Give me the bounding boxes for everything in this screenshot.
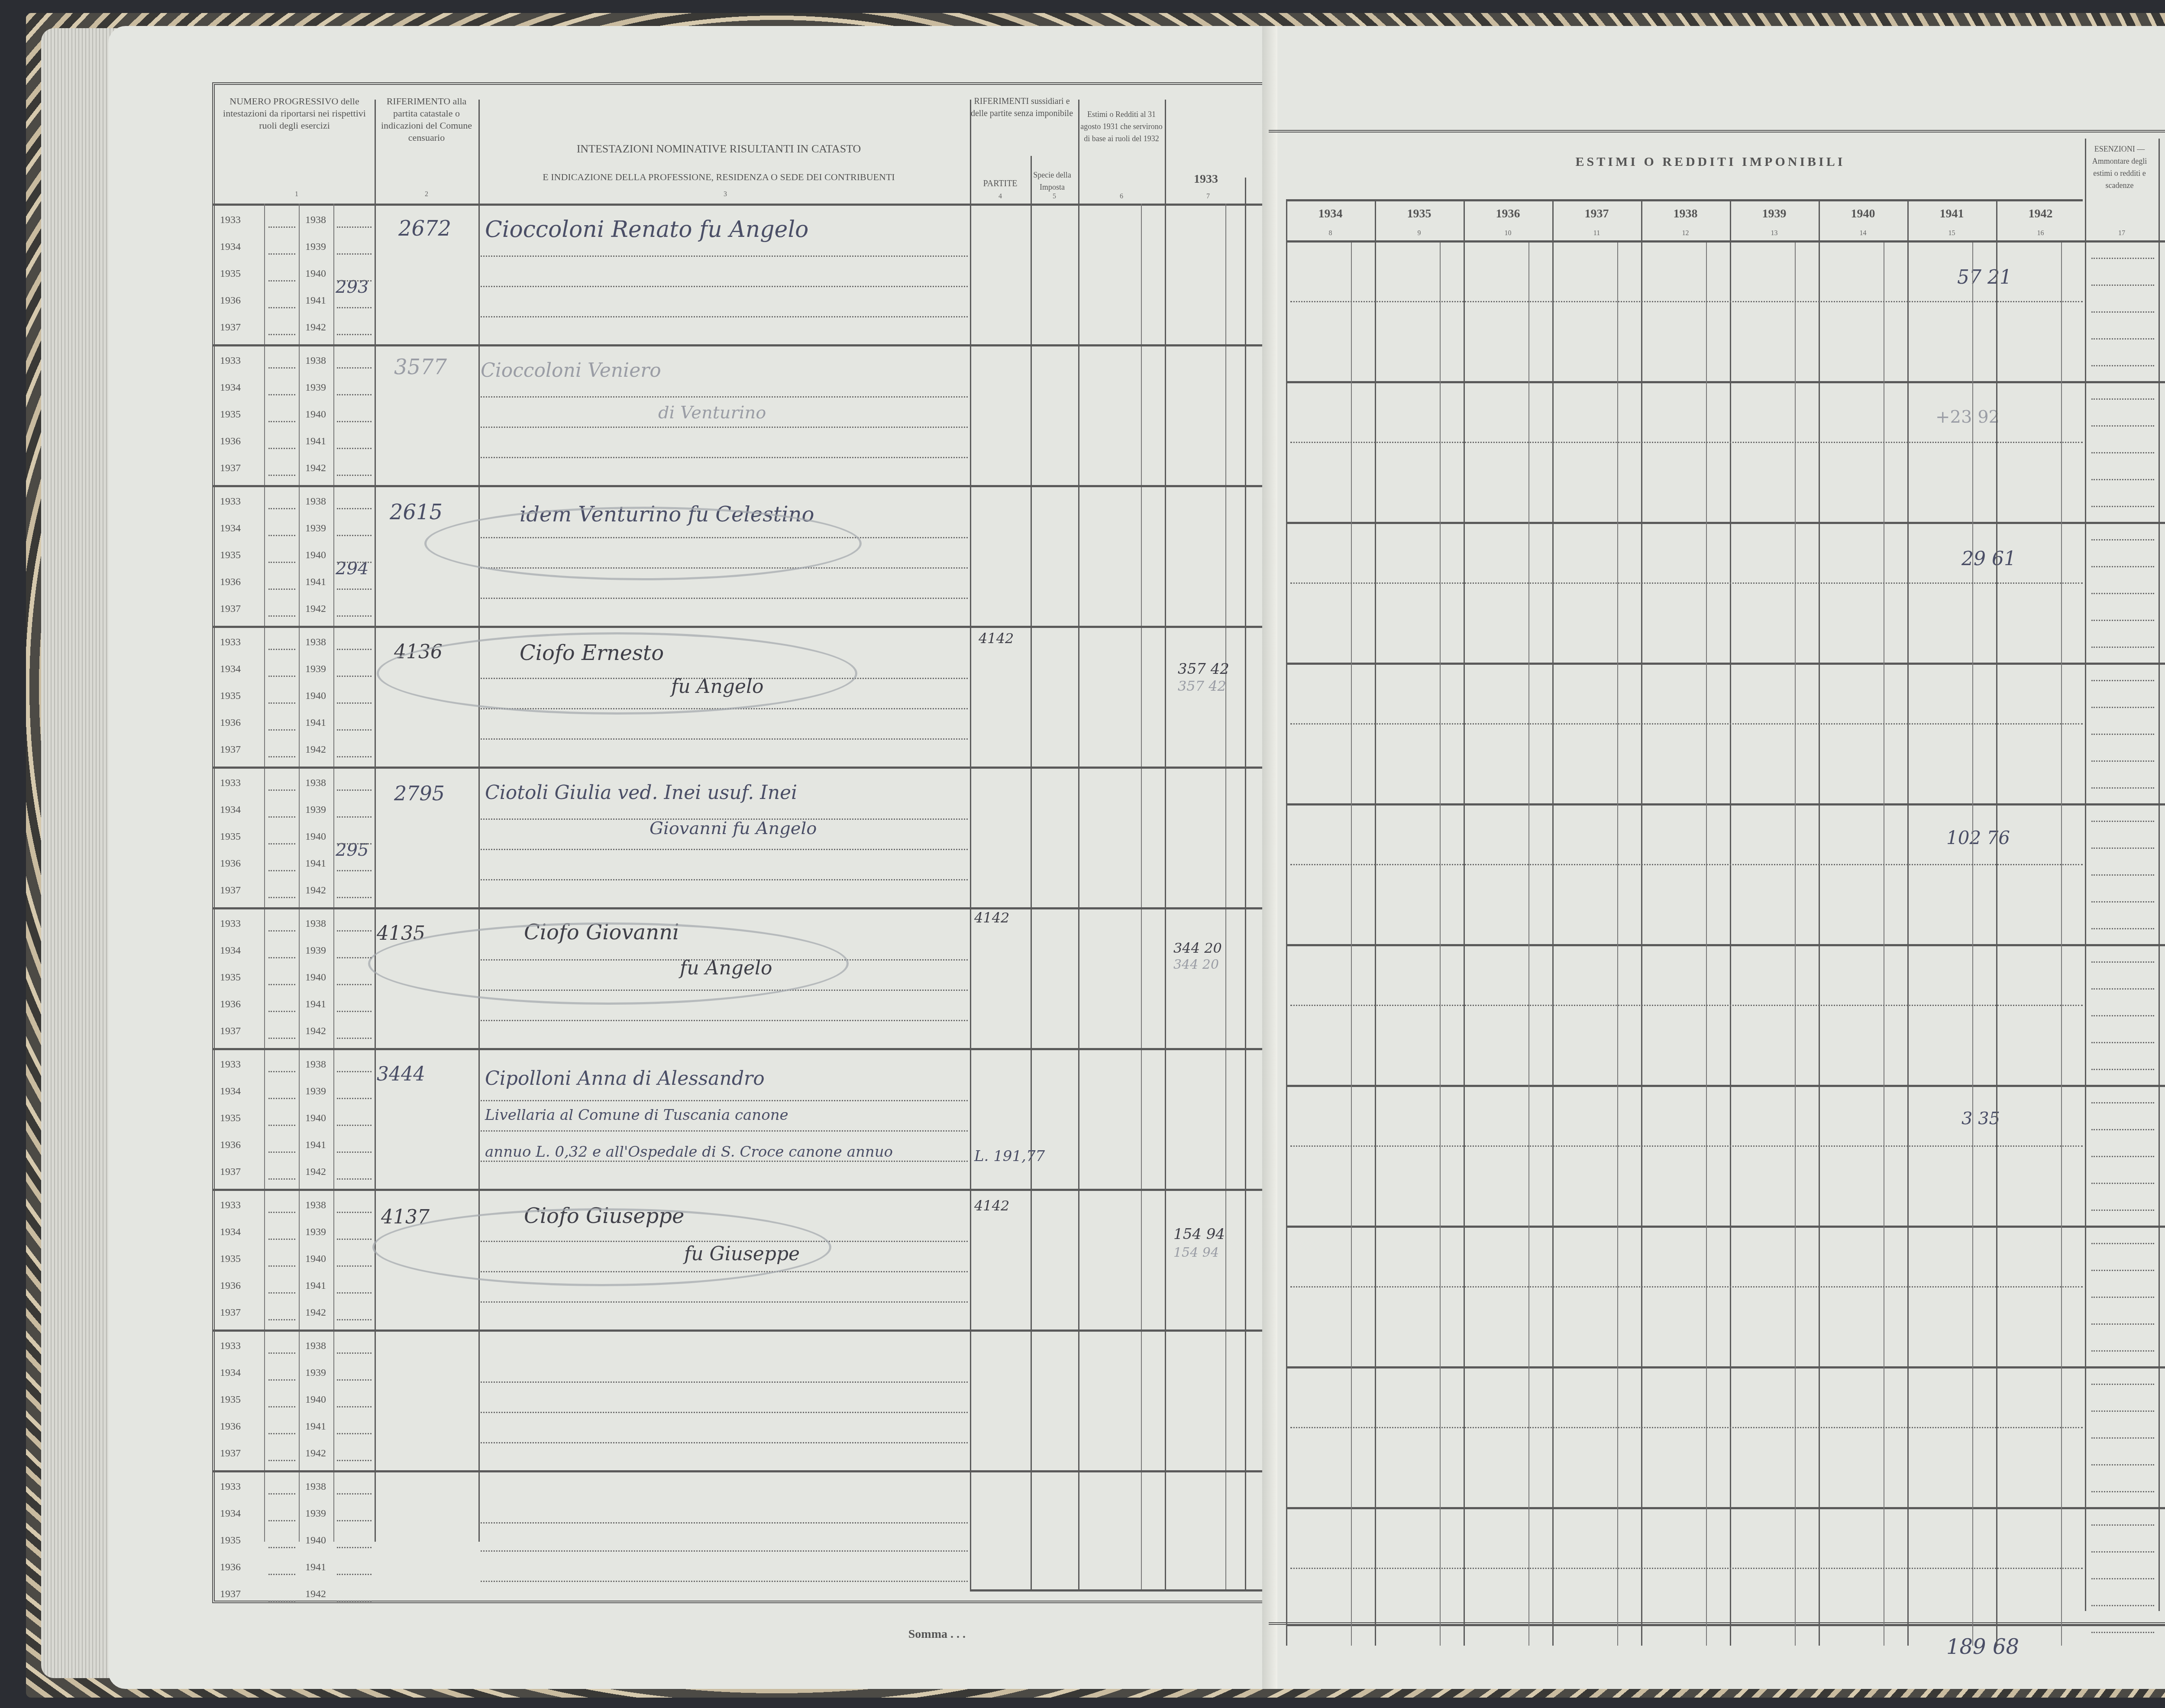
dotted-rule xyxy=(268,1493,295,1494)
year-column-header: 1939 xyxy=(1730,208,1819,220)
dotted-rule xyxy=(268,1071,295,1072)
dotted-rule xyxy=(2091,1042,2154,1043)
row-group-divider xyxy=(1286,1226,2165,1228)
dotted-rule xyxy=(481,427,968,428)
cents-divider xyxy=(1884,243,1884,1646)
year-label: 1933 xyxy=(220,214,241,226)
dotted-rule xyxy=(2091,1156,2154,1157)
dotted-rule xyxy=(337,253,372,255)
column-number: 14 xyxy=(1819,230,1907,237)
dotted-rule xyxy=(2091,479,2154,480)
year-label: 1940 xyxy=(305,1535,326,1546)
dotted-rule xyxy=(337,984,372,985)
dotted-rule xyxy=(337,535,372,536)
dotted-rule xyxy=(481,1442,968,1443)
year-label: 1936 xyxy=(220,717,241,729)
left-register-table xyxy=(212,82,1367,1603)
col-divider xyxy=(1730,199,1731,1646)
dotted-rule xyxy=(481,1550,968,1552)
dotted-rule xyxy=(2091,1183,2154,1184)
dotted-rule xyxy=(337,1265,372,1267)
dotted-rule xyxy=(337,508,372,509)
dotted-rule xyxy=(337,1125,372,1126)
dotted-rule xyxy=(268,535,295,536)
year-label: 1940 xyxy=(305,409,326,421)
entry-7-partita: 3444 xyxy=(377,1063,425,1085)
dotted-rule xyxy=(2091,760,2154,762)
dotted-rule xyxy=(337,1601,372,1602)
dotted-rule xyxy=(268,334,295,335)
dotted-rule xyxy=(268,1292,295,1294)
dotted-rule xyxy=(2091,1524,2154,1526)
cents-divider xyxy=(2061,243,2062,1646)
year-label: 1938 xyxy=(305,1340,326,1352)
year-label: 1936 xyxy=(220,1562,241,1573)
entry-7-name: Cipolloni Anna di Alessandro xyxy=(485,1067,765,1090)
dotted-rule xyxy=(268,1460,295,1461)
column-number: 18 xyxy=(2161,230,2165,237)
dotted-rule xyxy=(268,1265,295,1267)
dotted-rule xyxy=(337,421,372,422)
year-label: 1940 xyxy=(305,972,326,983)
dotted-rule xyxy=(2091,1210,2154,1211)
year-label: 1941 xyxy=(305,717,326,729)
year-label: 1937 xyxy=(220,1588,241,1600)
entry-6-col7: 344 20 xyxy=(1173,940,1222,956)
dotted-rule xyxy=(268,1239,295,1240)
col-divider xyxy=(333,204,334,1542)
dotted-rule xyxy=(337,562,372,563)
dotted-rule xyxy=(2091,1437,2154,1439)
year-label: 1935 xyxy=(220,1394,241,1406)
dotted-rule xyxy=(337,1152,372,1153)
dotted-rule xyxy=(2091,928,2154,929)
col-divider xyxy=(2085,139,2086,1611)
year-label: 1939 xyxy=(305,1086,326,1097)
year-label: 1942 xyxy=(305,1588,326,1600)
year-label: 1934 xyxy=(220,1226,241,1238)
dotted-rule xyxy=(268,676,295,677)
year-label: 1942 xyxy=(305,885,326,896)
entry-4-col4: 4142 xyxy=(979,630,1014,647)
dotted-rule xyxy=(2091,1464,2154,1465)
year-label: 1935 xyxy=(220,972,241,983)
col-divider xyxy=(264,204,265,1542)
header-esenzioni: ESENZIONI — Ammontare degli estimi o red… xyxy=(2087,143,2152,191)
year-label: 1933 xyxy=(220,1481,241,1493)
dotted-rule xyxy=(337,1178,372,1180)
strike-through-mark xyxy=(424,507,862,580)
cents-divider xyxy=(1795,243,1796,1646)
column-number: 17 xyxy=(2087,230,2156,237)
header-estimi-redditi: ESTIMI O REDDITI IMPONIBILI xyxy=(1429,156,1992,168)
dotted-rule xyxy=(2091,1491,2154,1492)
column-number: 5 xyxy=(1048,193,1061,201)
dotted-rule xyxy=(268,756,295,757)
dotted-rule xyxy=(268,897,295,898)
year-label: 1934 xyxy=(220,663,241,675)
year-label: 1941 xyxy=(305,858,326,870)
year-label: 1934 xyxy=(220,1508,241,1520)
dotted-rule xyxy=(2091,285,2154,286)
dotted-rule xyxy=(268,729,295,731)
year-label: 1934 xyxy=(220,804,241,816)
year-label: 1941 xyxy=(305,1562,326,1573)
dotted-rule xyxy=(481,286,968,287)
dotted-rule xyxy=(337,676,372,677)
dotted-rule xyxy=(2091,1350,2154,1352)
year-label: 1937 xyxy=(220,603,241,615)
year-label: 1936 xyxy=(220,295,241,307)
dotted-rule xyxy=(337,448,372,449)
dotted-rule xyxy=(337,843,372,844)
year-label: 1936 xyxy=(220,858,241,870)
col-divider xyxy=(970,100,971,1589)
dotted-rule xyxy=(337,1520,372,1521)
year-label: 1942 xyxy=(305,744,326,756)
dotted-rule xyxy=(337,789,372,791)
dotted-rule xyxy=(1290,1145,2083,1147)
dotted-rule xyxy=(1290,301,2083,302)
dotted-rule xyxy=(337,756,372,757)
cents-divider xyxy=(1972,243,1973,1646)
column-number: 10 xyxy=(1464,230,1552,237)
amount-1941-row5: 102 76 xyxy=(1946,827,2010,848)
dotted-rule xyxy=(2091,1015,2154,1016)
dotted-rule xyxy=(268,649,295,650)
dotted-rule xyxy=(268,1601,295,1602)
entry-8-col7: 154 94 xyxy=(1173,1226,1225,1243)
dotted-rule xyxy=(481,879,968,880)
year-label: 1942 xyxy=(305,603,326,615)
dotted-rule xyxy=(268,702,295,704)
year-label: 1935 xyxy=(220,690,241,702)
year-label: 1939 xyxy=(305,523,326,534)
col-divider xyxy=(478,100,480,1542)
dotted-rule xyxy=(2091,1578,2154,1579)
dotted-rule xyxy=(337,957,372,958)
column-number: 16 xyxy=(1996,230,2085,237)
header-year-1933: 1933 xyxy=(1169,173,1243,185)
dotted-rule xyxy=(2091,566,2154,567)
dotted-rule xyxy=(337,589,372,590)
entry-2-name: Cioccoloni Veniero xyxy=(481,359,661,382)
dotted-rule xyxy=(2091,1270,2154,1271)
dotted-rule xyxy=(268,1547,295,1548)
dotted-rule xyxy=(481,738,968,740)
year-label: 1940 xyxy=(305,1113,326,1124)
dotted-rule xyxy=(337,816,372,818)
amount-1941-row3: 29 61 xyxy=(1961,548,2016,570)
dotted-rule xyxy=(2091,1605,2154,1606)
year-label: 1938 xyxy=(305,1059,326,1071)
somma-divider xyxy=(970,1589,1269,1592)
dotted-rule xyxy=(2091,539,2154,540)
header-riferimenti-sussidiari: RIFERIMENTI sussidiari e delle partite s… xyxy=(970,95,1074,120)
year-column-header: 1940 xyxy=(1819,208,1907,220)
row-group-divider xyxy=(212,767,1277,769)
row-group-divider xyxy=(1286,1507,2165,1509)
dotted-rule xyxy=(268,816,295,818)
header-divider xyxy=(1286,240,2165,243)
dotted-rule xyxy=(337,897,372,898)
dotted-rule xyxy=(337,615,372,617)
row-group-divider xyxy=(1286,663,2165,665)
year-label: 1935 xyxy=(220,831,241,843)
dotted-rule xyxy=(2091,734,2154,735)
col-divider xyxy=(1031,156,1032,1589)
dotted-rule xyxy=(2091,787,2154,789)
year-label: 1937 xyxy=(220,1448,241,1459)
dotted-rule xyxy=(1290,442,2083,443)
dotted-rule xyxy=(1290,1568,2083,1569)
year-label: 1937 xyxy=(220,1025,241,1037)
year-label: 1933 xyxy=(220,1059,241,1071)
year-label: 1942 xyxy=(305,1307,326,1319)
row-group-divider xyxy=(212,1189,1277,1191)
column-number: 2 xyxy=(420,191,433,198)
entry-2-partita: 3577 xyxy=(394,355,447,379)
year-label: 1938 xyxy=(305,637,326,648)
dotted-rule xyxy=(337,1098,372,1099)
dotted-rule xyxy=(2091,1323,2154,1325)
dotted-rule xyxy=(2091,680,2154,681)
dotted-rule xyxy=(2091,1551,2154,1553)
dotted-rule xyxy=(268,1520,295,1521)
entry-5-partita: 2795 xyxy=(394,782,445,805)
year-label: 1940 xyxy=(305,1253,326,1265)
somma-label: Somma . . . xyxy=(823,1628,966,1640)
amount-1941-row7: 3 35 xyxy=(1961,1109,2000,1129)
row-group-divider xyxy=(212,485,1277,487)
year-column-header: 1934 xyxy=(1286,208,1375,220)
column-number: 7 xyxy=(1202,193,1215,201)
year-header-top-rule xyxy=(1286,199,2083,201)
column-number: 3 xyxy=(719,191,732,198)
column-number: 11 xyxy=(1552,230,1641,237)
dotted-rule xyxy=(337,334,372,335)
year-label: 1940 xyxy=(305,1394,326,1406)
year-label: 1941 xyxy=(305,1280,326,1292)
year-label: 1938 xyxy=(305,918,326,930)
col-divider xyxy=(1165,100,1166,1589)
dotted-rule xyxy=(337,1011,372,1012)
column-number: 9 xyxy=(1375,230,1464,237)
column-number: 1 xyxy=(290,191,303,198)
year-label: 1939 xyxy=(305,804,326,816)
dotted-rule xyxy=(2091,258,2154,259)
year-label: 1937 xyxy=(220,1166,241,1178)
row-group-divider xyxy=(212,907,1277,909)
dotted-rule xyxy=(268,957,295,958)
dotted-rule xyxy=(2091,398,2154,400)
year-label: 1938 xyxy=(305,355,326,367)
col-divider xyxy=(1907,199,1909,1646)
dotted-rule xyxy=(1290,582,2083,584)
dotted-rule xyxy=(268,615,295,617)
dotted-rule xyxy=(337,1038,372,1039)
year-column-header: 1936 xyxy=(1464,208,1552,220)
cents-divider xyxy=(1528,243,1529,1646)
col-divider xyxy=(1819,199,1820,1646)
dotted-rule xyxy=(337,226,372,228)
year-label: 1936 xyxy=(220,436,241,447)
entry-1-partita: 2672 xyxy=(398,217,451,241)
dotted-rule xyxy=(337,870,372,871)
year-label: 1941 xyxy=(305,295,326,307)
col-divider xyxy=(1225,204,1226,1589)
header-numero-progressivo: NUMERO PROGRESSIVO delle intestazioni da… xyxy=(216,95,372,132)
cents-divider xyxy=(1617,243,1618,1646)
dotted-rule xyxy=(481,256,968,257)
row-group-divider xyxy=(1286,944,2165,946)
dotted-rule xyxy=(2091,988,2154,990)
dotted-rule xyxy=(1290,864,2083,865)
year-label: 1933 xyxy=(220,637,241,648)
year-label: 1937 xyxy=(220,885,241,896)
dotted-rule xyxy=(481,1412,968,1413)
year-column-header: 1937 xyxy=(1552,208,1641,220)
row-group-divider xyxy=(1286,522,2165,524)
col-divider xyxy=(1641,199,1642,1646)
header-intestazioni-sub: E INDICAZIONE DELLA PROFESSIONE, RESIDEN… xyxy=(481,171,957,183)
header-intestazioni: INTESTAZIONI NOMINATIVE RISULTANTI IN CA… xyxy=(481,143,957,155)
year-label: 1934 xyxy=(220,1086,241,1097)
dotted-rule xyxy=(268,789,295,791)
dotted-rule xyxy=(268,367,295,369)
year-label: 1942 xyxy=(305,322,326,333)
dotted-rule xyxy=(481,1020,968,1021)
dotted-rule xyxy=(268,562,295,563)
column-number: 15 xyxy=(1907,230,1996,237)
dotted-rule xyxy=(2091,1102,2154,1103)
dotted-rule xyxy=(337,702,372,704)
year-column-header: 1942 xyxy=(1996,208,2085,220)
dotted-rule xyxy=(481,1161,968,1162)
year-label: 1940 xyxy=(305,268,326,280)
header-partite: PARTITE xyxy=(970,178,1031,190)
dotted-rule xyxy=(2091,1632,2154,1633)
dotted-rule xyxy=(337,280,372,281)
year-label: 1938 xyxy=(305,777,326,789)
dotted-rule xyxy=(2091,901,2154,903)
header-estimi-1931: Estimi o Redditi al 31 agosto 1931 che s… xyxy=(1078,108,1165,145)
dotted-rule xyxy=(337,1460,372,1461)
col-divider xyxy=(375,100,376,1542)
dotted-rule xyxy=(337,475,372,476)
col-divider xyxy=(1141,204,1142,1589)
dotted-rule xyxy=(337,307,372,308)
dotted-rule xyxy=(481,849,968,850)
dotted-rule xyxy=(481,1522,968,1524)
entry-6-col7-pencil: 344 20 xyxy=(1173,957,1219,972)
year-label: 1940 xyxy=(305,831,326,843)
dotted-rule xyxy=(337,1379,372,1381)
col-divider xyxy=(1245,178,1246,1589)
dotted-rule xyxy=(2091,506,2154,507)
dotted-rule xyxy=(337,394,372,395)
dotted-rule xyxy=(1290,723,2083,725)
dotted-rule xyxy=(2091,1297,2154,1298)
year-label: 1941 xyxy=(305,436,326,447)
col-divider xyxy=(1464,199,1465,1646)
somma-divider xyxy=(1286,1624,2165,1626)
cents-divider xyxy=(1351,243,1352,1646)
col-divider xyxy=(2159,139,2160,1611)
dotted-rule xyxy=(1290,1005,2083,1006)
dotted-rule xyxy=(337,1071,372,1072)
header-divider xyxy=(212,204,1277,206)
row-group-divider xyxy=(1286,1085,2165,1087)
dotted-rule xyxy=(268,1574,295,1575)
dotted-rule xyxy=(268,1178,295,1180)
entry-8-col7-pencil: 154 94 xyxy=(1173,1245,1219,1260)
dotted-rule xyxy=(268,421,295,422)
year-label: 1941 xyxy=(305,1421,326,1433)
year-label: 1933 xyxy=(220,355,241,367)
year-label: 1942 xyxy=(305,1448,326,1459)
dotted-rule xyxy=(268,1098,295,1099)
dotted-rule xyxy=(268,589,295,590)
year-label: 1937 xyxy=(220,322,241,333)
dotted-rule xyxy=(268,870,295,871)
col-divider xyxy=(299,204,300,1542)
dotted-rule xyxy=(481,1100,968,1101)
col-divider xyxy=(1375,199,1376,1646)
entry-3-partita: 2615 xyxy=(390,500,443,524)
dotted-rule xyxy=(2091,1243,2154,1244)
column-number: 4 xyxy=(994,193,1007,201)
amount-1941-row1: 57 21 xyxy=(1957,266,2012,288)
entry-5-extra: Giovanni fu Angelo xyxy=(649,818,817,838)
row-group-divider xyxy=(1286,381,2165,383)
dotted-rule xyxy=(268,930,295,932)
year-label: 1939 xyxy=(305,1508,326,1520)
entry-4-col7: 357 42 xyxy=(1178,660,1229,678)
column-number: 13 xyxy=(1730,230,1819,237)
dotted-rule xyxy=(337,1406,372,1407)
dotted-rule xyxy=(268,394,295,395)
dotted-rule xyxy=(2091,707,2154,708)
year-label: 1934 xyxy=(220,1367,241,1379)
dotted-rule xyxy=(481,1130,968,1132)
year-label: 1939 xyxy=(305,945,326,957)
year-label: 1942 xyxy=(305,1025,326,1037)
col-divider xyxy=(1286,199,1287,1646)
row-group-divider xyxy=(212,1470,1277,1472)
col-divider xyxy=(1078,100,1079,1589)
header-riferimento: RIFERIMENTO alla partita catastale o ind… xyxy=(377,95,476,144)
dotted-rule xyxy=(2091,311,2154,313)
somma-total-1941: 189 68 xyxy=(1946,1635,2019,1659)
year-label: 1938 xyxy=(305,214,326,226)
year-label: 1937 xyxy=(220,1307,241,1319)
header-specie-imposta: Specie della Imposta xyxy=(1031,169,1074,193)
year-label: 1939 xyxy=(305,382,326,394)
year-label: 1933 xyxy=(220,1340,241,1352)
dotted-rule xyxy=(2091,647,2154,648)
row-group-divider xyxy=(212,344,1277,346)
row-group-divider xyxy=(1286,1366,2165,1368)
year-label: 1939 xyxy=(305,241,326,253)
dotted-rule xyxy=(337,1319,372,1320)
year-label: 1935 xyxy=(220,268,241,280)
year-label: 1940 xyxy=(305,550,326,561)
year-label: 1941 xyxy=(305,576,326,588)
dotted-rule xyxy=(337,930,372,932)
year-label: 1939 xyxy=(305,663,326,675)
year-label: 1936 xyxy=(220,1421,241,1433)
